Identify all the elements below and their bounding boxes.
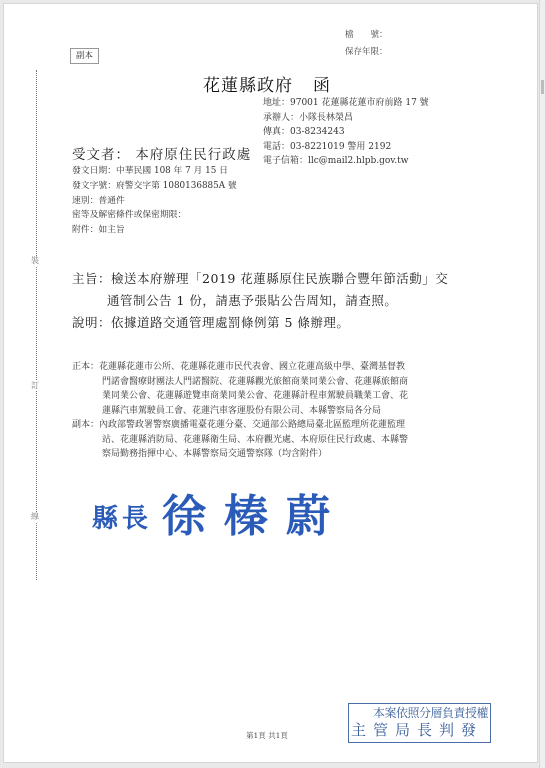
delegation-stamp: 本案依照分層負責授權 主管局長判發 (348, 703, 491, 743)
signature-seal: 縣長徐榛蔚 (92, 480, 348, 544)
recipient: 受文者： 本府原住民行政處 (72, 143, 251, 163)
signature-title: 縣長 (92, 504, 152, 534)
classification: 密等及解密條件或保密期限： (72, 208, 237, 223)
subject-line-2: 通管制公告 1 份，請惠予張貼公告周知，請查照。 (72, 290, 448, 312)
scrollbar[interactable] (539, 0, 545, 768)
issue-date: 發文日期：中華民國 108 年 7 月 15 日 (72, 164, 237, 179)
address: 地址：97001 花蓮縣花蓮市府前路 17 號 (263, 96, 429, 111)
original-recipients-line: 蓮縣汽車駕駛員工會、花蓮汽車客運股份有限公司、本縣警察局各分局 (72, 404, 408, 419)
file-number-label: 檔 號： (345, 27, 388, 44)
binding-mark-2: 訂 (31, 381, 39, 391)
scroll-thumb[interactable] (541, 80, 544, 94)
copy-recipients-line: 察局勤務指揮中心、本縣警察局交通警察隊（均含附件） (72, 447, 408, 462)
attachment: 附件：如主旨 (72, 223, 237, 238)
issuing-org: 花蓮縣政府 (203, 76, 293, 96)
subject-line-1: 主旨：檢送本府辦理「2019 花蓮縣原住民族聯合豐年節活動」交 (72, 268, 448, 290)
original-recipients-line: 業同業公會、花蓮縣遊覽車商業同業公會、花蓮縣計程車駕駛員職業工會、花 (72, 389, 408, 404)
fax: 傳真：03-8234243 (263, 125, 429, 140)
meta-block: 發文日期：中華民國 108 年 7 月 15 日 發文字號：府警交字第 1080… (72, 164, 237, 238)
explanation: 說明：依據道路交通管理處罰條例第 5 條辦理。 (72, 312, 448, 334)
binding-mark-3: 線 (31, 512, 39, 522)
phone: 電話：03-8221019 警用 2192 (263, 140, 429, 155)
document-number: 發文字號：府警交字第 1080136885A 號 (72, 179, 237, 194)
document-title: 花蓮縣政府函 (203, 71, 331, 96)
speed-class: 速別：普通件 (72, 194, 237, 209)
binding-mark-1: 裝 (31, 256, 39, 266)
page-number: 第1頁 共1頁 (246, 730, 288, 741)
stamp-line-2: 主管局長判發 (351, 722, 488, 739)
copy-recipients-line: 副本：內政部警政署警察廣播電臺花蓮分臺、交通部公路總局臺北區監理所花蓮監理 (72, 418, 408, 433)
signature-name: 徐榛蔚 (162, 491, 348, 542)
distribution-block: 正本：花蓮縣花蓮市公所、花蓮縣花蓮市民代表會、國立花蓮高級中學、臺灣基督教 門諾… (72, 360, 408, 462)
stamp-line-1: 本案依照分層負責授權 (351, 705, 488, 722)
copy-badge: 副本 (70, 48, 99, 64)
original-recipients-line: 門諾會醫療財團法人門諾醫院、花蓮縣觀光旅館商業同業公會、花蓮縣旅館商 (72, 375, 408, 390)
retention-label: 保存年限： (345, 44, 388, 61)
email: 電子信箱：llc@mail2.hlpb.gov.tw (263, 154, 429, 169)
binding-line (36, 70, 37, 580)
contact-block: 地址：97001 花蓮縣花蓮市府前路 17 號 承辦人：小隊長林榮昌 傳真：03… (263, 96, 429, 169)
document-type: 函 (313, 76, 331, 96)
original-recipients-line: 正本：花蓮縣花蓮市公所、花蓮縣花蓮市民代表會、國立花蓮高級中學、臺灣基督教 (72, 360, 408, 375)
subject-block: 主旨：檢送本府辦理「2019 花蓮縣原住民族聯合豐年節活動」交 通管制公告 1 … (72, 268, 448, 334)
archive-info: 檔 號： 保存年限： (345, 27, 388, 61)
handler: 承辦人：小隊長林榮昌 (263, 111, 429, 126)
copy-recipients-line: 站、花蓮縣消防局、花蓮縣衛生局、本府觀光處、本府原住民行政處、本縣警 (72, 433, 408, 448)
